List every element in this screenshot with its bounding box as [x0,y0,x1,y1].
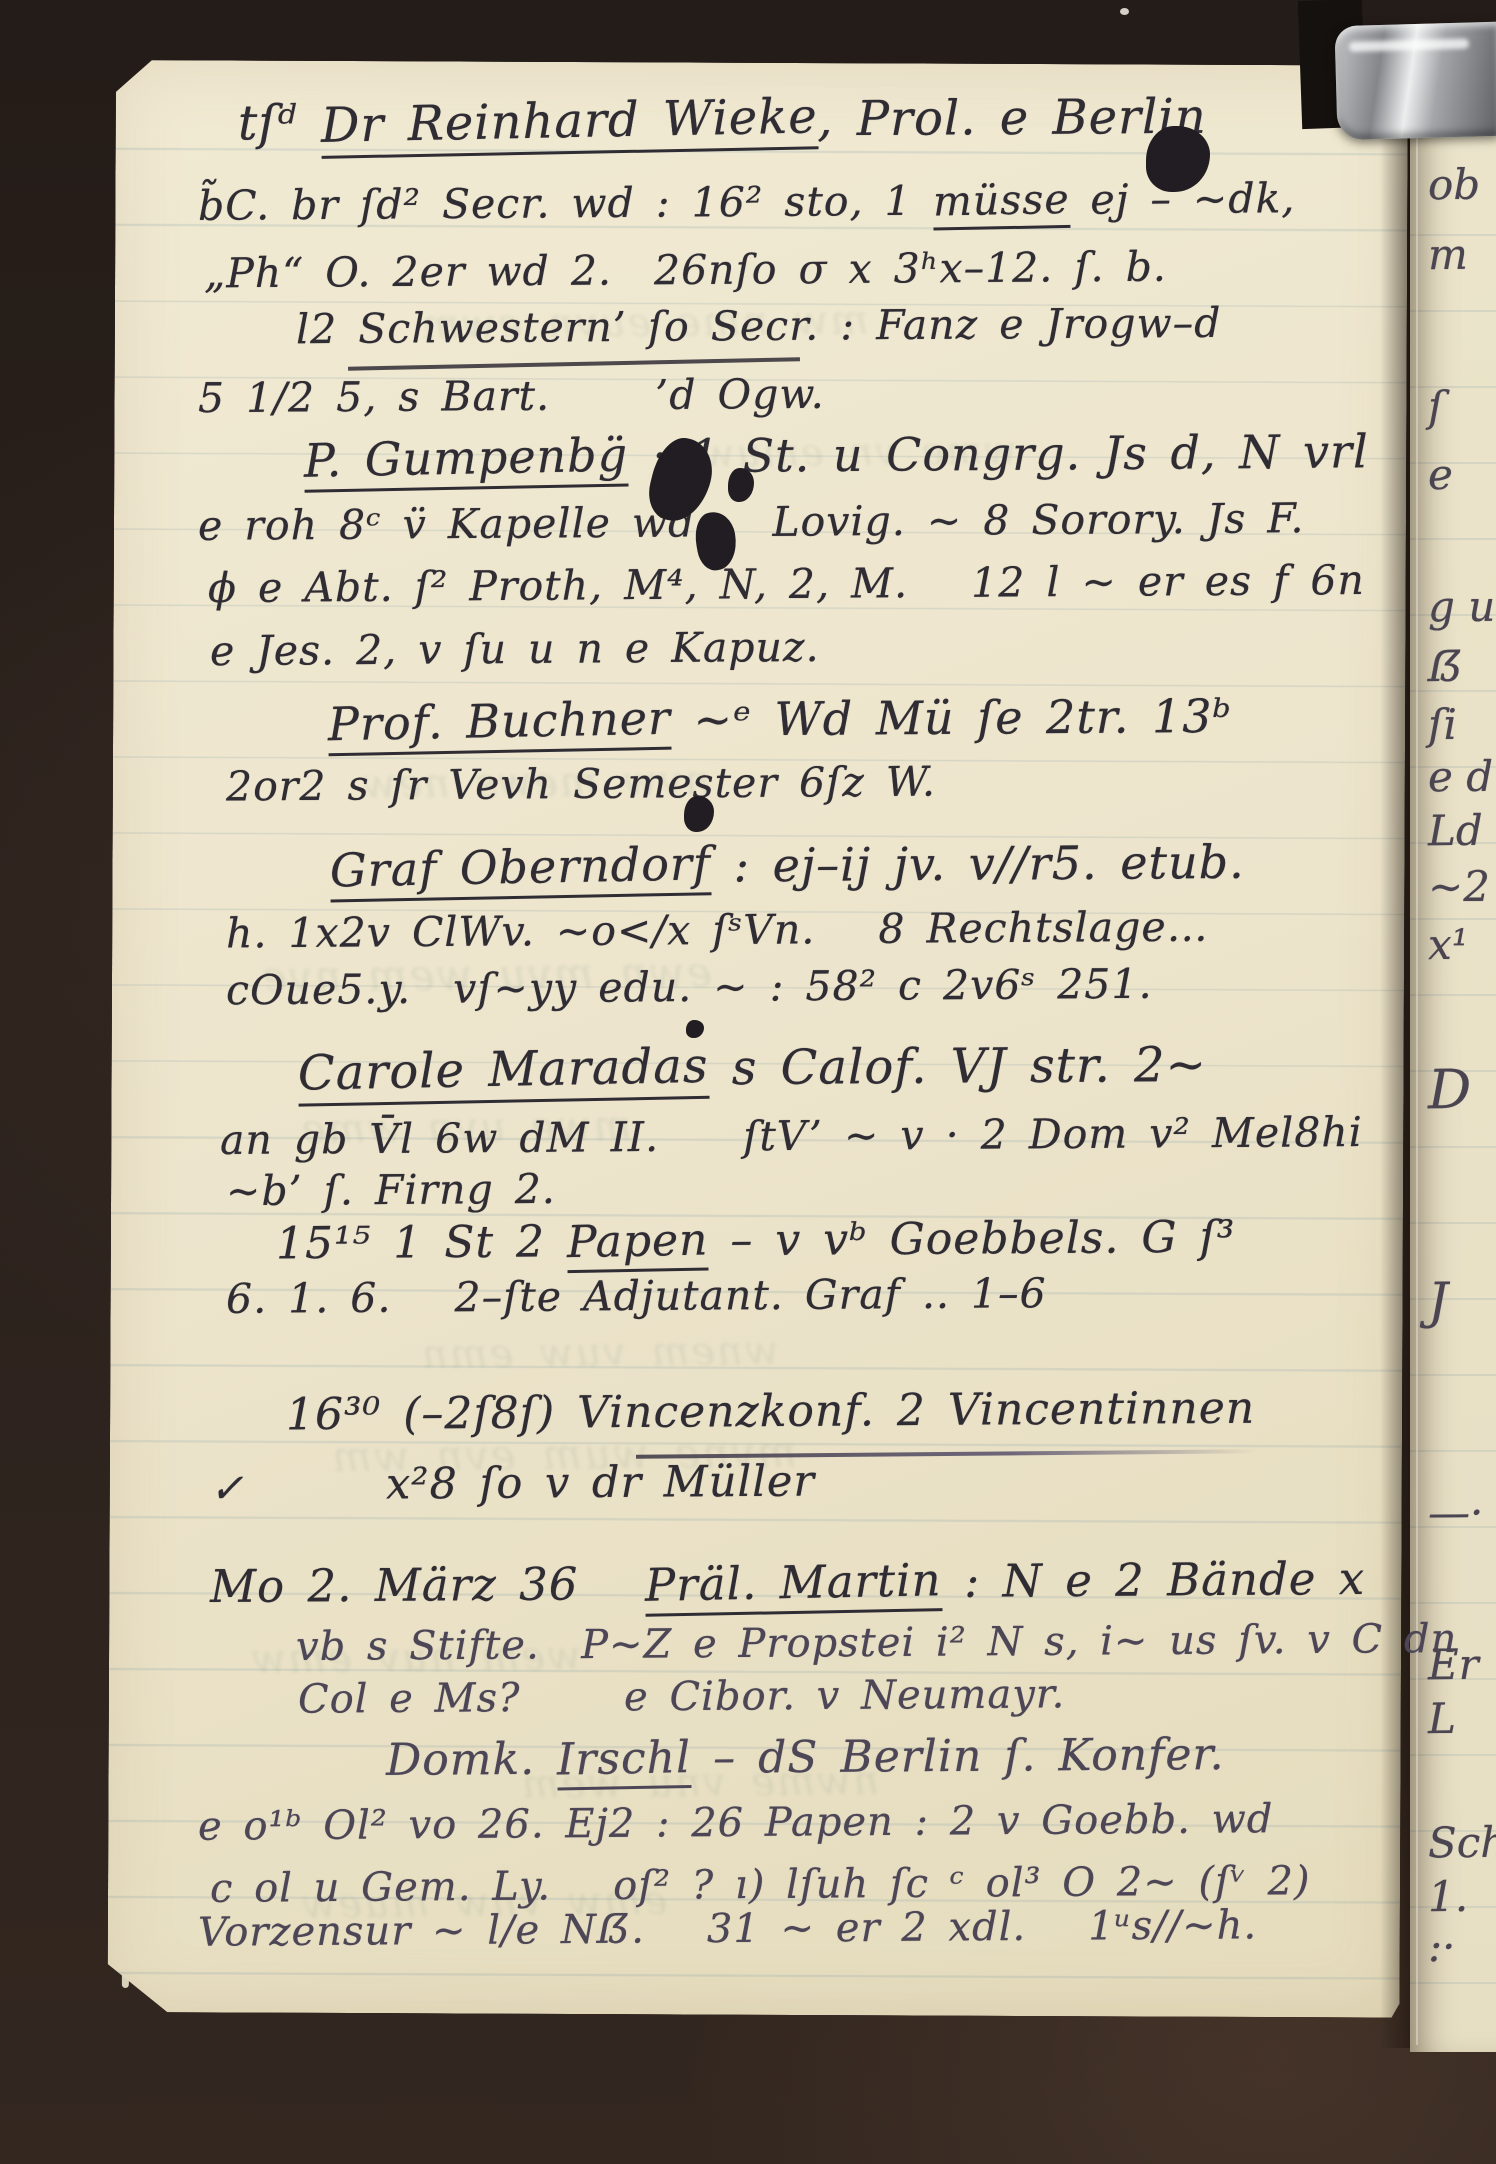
handwriting-fragment: e d [1428,752,1494,802]
handwriting-heading: müsse [932,175,1070,231]
handwriting-segment: : N e 2 Bände x [942,1552,1366,1608]
handwriting-line: l2 Schwestern’ ſo Secr. : Fanz e Jrogw–d [296,299,1222,353]
handwriting-segment: b̃C. br ſd² Secr. wd : 16² sto, 1 [198,177,933,230]
handwriting-segment: ϕ e Abt. ſ² Proth, M⁴, N, 2, M. 12 l ~ e… [208,556,1365,612]
handwriting-line: Prof. Buchner ~ᵉ Wd Mü ſe 2tr. 13ᵇ [328,689,1232,754]
handwriting-line: e o¹ᵇ Ol² vo 26. Ej2 : 26 Papen : 2 v Go… [198,1796,1274,1850]
handwriting-line: h. 1x2v ClWv. ~o</x ſˢVn. 8 Rechtslage… [226,903,1209,958]
handwriting-heading: Prof. Buchner [327,691,671,757]
handwriting-fragment: Sch [1428,1818,1496,1868]
handwriting-segment: an gb V̄l 6w dM II. ſtV’ ~ v · 2 Dom v² … [220,1108,1363,1164]
handwriting-segment: ~ᵉ Wd Mü ſe 2tr. 13ᵇ [671,689,1232,747]
handwriting-line: tſᵈ Dr Reinhard Wieke, Prol. e Berlin [238,89,1207,157]
handwriting-line: Domk. Irschl – dS Berlin ſ. Konfer. [386,1729,1225,1791]
handwriting-segment: h. 1x2v ClWv. ~o</x ſˢVn. 8 Rechtslage… [226,903,1209,958]
handwriting-segment: 15¹⁵ 1 St 2 [276,1216,567,1269]
handwriting-segment: – dS Berlin ſ. Konfer. [691,1729,1225,1784]
handwriting-segment: Domk. [386,1734,557,1786]
handwriting-segment: l2 Schwestern’ ſo Secr. : Fanz e Jrogw–d [296,299,1222,353]
handwriting-line: 2or2 s ſr Vevh Semester 6ſz W. [226,758,936,811]
handwriting-segment: e Jes. 2, v ſu u n e Kapuz. [210,623,820,675]
handwriting-heading: Dr Reinhard Wieke [320,88,818,159]
handwriting-line: b̃C. br ſd² Secr. wd : 16² sto, 1 müsse … [198,174,1296,235]
handwriting-fragment: J [1428,1272,1449,1330]
handwriting-fragment: —· [1428,1488,1484,1537]
handwriting-segment: vb s Stifte. P~Z e Propstei i² N s, i~ u… [296,1616,1458,1670]
handwriting-segment: e roh 8ᶜ v̈ Kapelle wd. Lovig. ~ 8 Soror… [198,494,1305,550]
handwriting-line: ~b’ ſ. Firng 2. [226,1165,556,1215]
handwriting-segment: : ej–ij jv. v//r5. etub. [711,835,1245,893]
handwriting-fragment: m [1428,230,1468,279]
handwriting-fragment: D [1428,1058,1472,1121]
handwriting-fragment: :· [1428,1922,1456,1971]
handwriting-line: e roh 8ᶜ v̈ Kapelle wd. Lovig. ~ 8 Soror… [198,494,1305,550]
handwriting-segment: , Prol. e Berlin [817,89,1207,148]
handwriting-segment: „Ph“ O. 2er wd 2. 26nſo σ x 3ʰx–12. ſ. b… [204,243,1167,298]
handwriting-line: ϕ e Abt. ſ² Proth, M⁴, N, 2, M. 12 l ~ e… [208,556,1365,612]
handwriting-segment: Mo 2. März 36 [210,1557,646,1613]
handwriting-segment: Vorzensur ~ l/e Nẞ. 31 ~ er 2 xdl. 1ᵘs//… [198,1902,1257,1955]
handwriting-fragment: Ld [1428,806,1483,855]
handwriting-fragment: g u [1428,582,1496,632]
ink-showthrough: wnem vuw emn [420,1328,779,1378]
handwriting-fragment: e [1428,450,1453,499]
handwriting-line: Mo 2. März 36 Präl. Martin : N e 2 Bände… [210,1552,1366,1618]
handwriting-fragment: ob [1428,160,1481,209]
handwriting-segment: tſᵈ [238,95,321,152]
handwriting-line: 6. 1. 6. 2–ſte Adjutant. Graf .. 1–6 [226,1269,1047,1323]
handwriting-fragment: ~2 [1428,862,1490,912]
handwriting-heading: Papen [567,1214,709,1273]
handwriting-line: e Jes. 2, v ſu u n e Kapuz. [210,623,820,675]
notebook-photo: mw nme euvn ewmwme vn emuwnvw mews newew… [0,0,1496,2164]
handwriting-heading: Carole Maradas [297,1038,709,1107]
dust-speck [1120,8,1129,15]
handwriting-segment: 16³⁰ (–2ſ8ſ) Vincenzkonf. 2 Vincentinnen [286,1383,1255,1441]
handwriting-segment: ✓ [210,1466,245,1512]
handwriting-line: vb s Stifte. P~Z e Propstei i² N s, i~ u… [296,1616,1458,1670]
handwriting-heading: Präl. Martin [645,1553,943,1617]
handwriting-heading: P. Gumpenbg̈ [303,427,628,492]
handwriting-fragment: ſ [1428,382,1444,431]
handwriting-line: Graf Oberndorf : ej–ij jv. v//r5. etub. [330,835,1245,900]
handwriting-segment: 5 1/2 5, s Bart. ’d Ogw. [198,370,825,422]
handwriting-fragment: L [1428,1694,1456,1743]
page-crease [1416,130,1418,2045]
handwriting-segment: 6. 1. 6. 2–ſte Adjutant. Graf .. 1–6 [226,1269,1047,1323]
handwriting-line: x²8 ſo v dr Müller [386,1457,815,1510]
handwriting-line: 16³⁰ (–2ſ8ſ) Vincenzkonf. 2 Vincentinnen [286,1383,1255,1441]
diary-left-page [107,60,1408,2018]
handwriting-segment: 2or2 s ſr Vevh Semester 6ſz W. [226,758,936,811]
handwriting-segment: e o¹ᵇ Ol² vo 26. Ej2 : 26 Papen : 2 v Go… [198,1796,1274,1850]
handwriting-fragment: x¹ [1428,920,1469,969]
handwriting-line: an gb V̄l 6w dM II. ſtV’ ~ v · 2 Dom v² … [220,1108,1363,1164]
handwriting-line: Carole Maradas s Calof. VJ str. 2~ [298,1037,1207,1104]
handwriting-line: P. Gumpenbg̈ : 1 St. u Congrg. Js d, N v… [304,424,1369,490]
handwriting-fragment: ſi [1428,700,1457,749]
handwriting-segment: s Calof. VJ str. 2~ [708,1037,1207,1096]
handwriting-line: „Ph“ O. 2er wd 2. 26nſo σ x 3ʰx–12. ſ. b… [204,243,1167,298]
handwriting-segment: Col e Ms? e Cibor. v Neumayr. [298,1671,1066,1722]
handwriting-line: cOue5.y. vſ~yy edu. ~ : 58² c 2v6ˢ 251. [226,960,1153,1014]
handwriting-line: ✓ [210,1466,245,1512]
handwriting-segment: ~b’ ſ. Firng 2. [226,1165,556,1215]
handwriting-line: Col e Ms? e Cibor. v Neumayr. [298,1671,1066,1722]
handwriting-line: Vorzensur ~ l/e Nẞ. 31 ~ er 2 xdl. 1ᵘs//… [198,1902,1257,1955]
handwriting-segment: x²8 ſo v dr Müller [386,1457,815,1510]
handwriting-segment: cOue5.y. vſ~yy edu. ~ : 58² c 2v6ˢ 251. [226,960,1153,1014]
handwriting-segment: – v vᵇ Goebbels. G ſ³ [708,1212,1235,1267]
handwriting-fragment: ẞ [1428,642,1463,691]
handwriting-line: 15¹⁵ 1 St 2 Papen – v vᵇ Goebbels. G ſ³ [276,1212,1236,1275]
handwriting-fragment: 1. [1428,1872,1469,1921]
handwriting-heading: Irschl [557,1732,692,1791]
handwriting-fragment: Er [1428,1640,1479,1689]
handwriting-heading: Graf Oberndorf [329,836,711,902]
handwriting-line: 5 1/2 5, s Bart. ’d Ogw. [198,370,825,422]
page-clip [1334,22,1496,140]
